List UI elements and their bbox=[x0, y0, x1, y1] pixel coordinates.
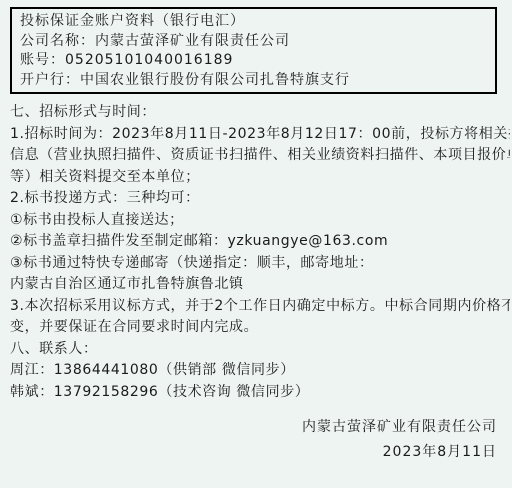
signature-company: 内蒙古萤泽矿业有限责任公司 bbox=[302, 415, 497, 440]
bid-deposit-info-table: 投标保证金账户资料（银行电汇）公司名称：内蒙古萤泽矿业有限责任公司账号：0520… bbox=[10, 7, 497, 94]
document-text-line: 周江：13864441080（供销部 微信同步） bbox=[10, 360, 510, 382]
deposit-table-row: 账号：05205101040016189 bbox=[20, 51, 489, 71]
deposit-table-row: 开户行：中国农业银行股份有限公司扎鲁特旗支行 bbox=[20, 71, 489, 91]
document-text-line: 3.本次招标采用议标方式，并于2个工作日内确定中标方。中标合同期内价格不 bbox=[10, 296, 510, 318]
document-text-line: 韩斌：13792158296（技术咨询 微信同步） bbox=[10, 382, 510, 404]
document-text-line: ②标书盖章扫描件发至制定邮箱：yzkuangye@163.com bbox=[10, 231, 510, 253]
document-text-line: 信息（营业执照扫描件、资质证书扫描件、相关业绩资料扫描件、本项目报价单 bbox=[10, 145, 510, 167]
document-body: 七、招标形式与时间：1.招标时间为：2023年8月11日-2023年8月12日1… bbox=[10, 102, 510, 403]
document-text-line: 变，并要保证在合同要求时间内完成。 bbox=[10, 317, 510, 339]
tender-document-page: 投标保证金账户资料（银行电汇）公司名称：内蒙古萤泽矿业有限责任公司账号：0520… bbox=[0, 0, 512, 488]
document-text-line: 八、联系人： bbox=[10, 339, 510, 361]
document-text-line: 内蒙古自治区通辽市扎鲁特旗鲁北镇 bbox=[10, 274, 510, 296]
document-text-line: 1.招标时间为：2023年8月11日-2023年8月12日17：00前，投标方将… bbox=[10, 124, 510, 146]
signature-date: 2023年8月11日 bbox=[302, 440, 497, 465]
document-text-line: ③标书通过特快专递邮寄（快递指定：顺丰，邮寄地址： bbox=[10, 253, 510, 275]
document-text-line: 2.标书投递方式：三种均可： bbox=[10, 188, 510, 210]
document-text-line: 等）相关资料提交至本单位； bbox=[10, 167, 510, 189]
signature-block: 内蒙古萤泽矿业有限责任公司 2023年8月11日 bbox=[302, 415, 497, 465]
document-text-line: 七、招标形式与时间： bbox=[10, 102, 510, 124]
deposit-table-row: 公司名称：内蒙古萤泽矿业有限责任公司 bbox=[20, 32, 489, 52]
deposit-table-row: 投标保证金账户资料（银行电汇） bbox=[20, 12, 489, 32]
document-text-line: ①标书由投标人直接送达； bbox=[10, 210, 510, 232]
